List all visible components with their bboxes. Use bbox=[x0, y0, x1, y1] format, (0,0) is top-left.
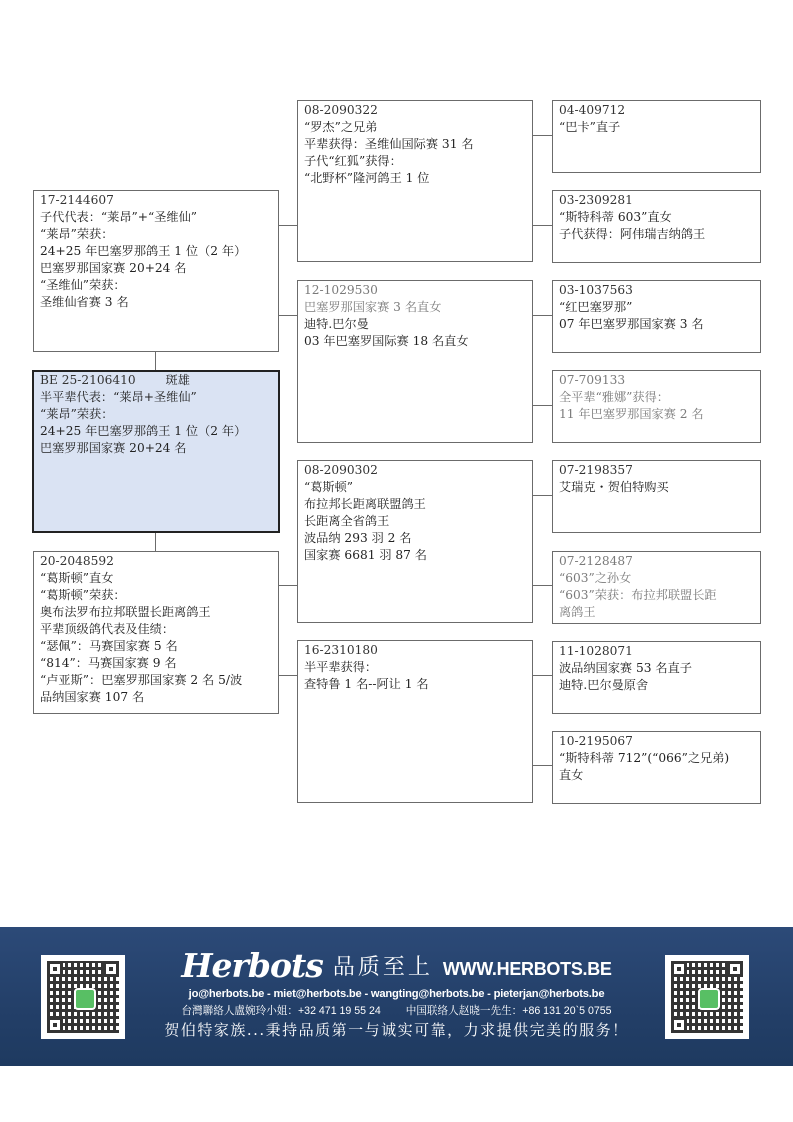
card-line: “814”：马赛国家赛 9 名 bbox=[40, 655, 272, 672]
card-line: 查特鲁 1 名--阿让 1 名 bbox=[304, 676, 526, 693]
connector-gen3 bbox=[532, 315, 553, 316]
wechat-qr-code[interactable] bbox=[665, 955, 749, 1039]
connector-gen3 bbox=[532, 225, 553, 226]
qr-finder-icon bbox=[671, 1017, 687, 1033]
card-line: 子代代表：“莱昂”+“圣维仙” bbox=[40, 209, 272, 226]
dam-dam-card: 16-2310180 半平辈获得： 查特鲁 1 名--阿让 1 名 bbox=[297, 640, 533, 803]
ancestor-card: 07-709133 全平辈“雅娜”获得： 11 年巴塞罗那国家赛 2 名 bbox=[552, 370, 761, 443]
brand-row: Herbots 品质至上 WWW.HERBOTS.BE bbox=[140, 947, 653, 983]
sex-label: 斑雄 bbox=[166, 373, 190, 387]
sire-dam-card: 12-1029530 巴塞罗那国家赛 3 名直女 迪特.巴尔曼 03 年巴塞罗国… bbox=[297, 280, 533, 443]
card-line: 迪特.巴尔曼 bbox=[304, 316, 526, 333]
connector-gen3 bbox=[532, 585, 553, 586]
ring-number: 07-709133 bbox=[559, 372, 754, 389]
connector-gen3 bbox=[532, 405, 553, 406]
ancestor-card: 07-2198357 艾瑞克・贺伯特购买 bbox=[552, 460, 761, 533]
card-line: 波品纳 293 羽 2 名 bbox=[304, 530, 526, 547]
card-line: 24+25 年巴塞罗那鸽王 1 位（2 年） bbox=[40, 243, 272, 260]
card-line: 艾瑞克・贺伯特购买 bbox=[559, 479, 754, 496]
ancestor-card: 03-2309281 “斯特科蒂 603”直女 子代获得：阿伟瑞吉纳鸽王 bbox=[552, 190, 761, 263]
connector-dam-gen2 bbox=[278, 675, 298, 676]
card-line: 子代获得：阿伟瑞吉纳鸽王 bbox=[559, 226, 754, 243]
ancestor-card: 07-2128487 “603”之孙女 “603”荣获：布拉邦联盟长距 离鸽王 bbox=[552, 551, 761, 624]
card-line: 圣维仙省赛 3 名 bbox=[40, 294, 272, 311]
card-line: 巴塞罗那国家赛 20+24 名 bbox=[40, 440, 272, 457]
card-line: 半平辈获得： bbox=[304, 659, 526, 676]
card-line: 全平辈“雅娜”获得： bbox=[559, 389, 754, 406]
qr-finder-icon bbox=[47, 1017, 63, 1033]
connector-sire-gen2 bbox=[278, 315, 298, 316]
subject-header: BE 25-2106410 斑雄 bbox=[40, 372, 272, 389]
connector-sire-gen2 bbox=[278, 225, 298, 226]
card-line: “巴卡”直子 bbox=[559, 119, 754, 136]
connector-gen3 bbox=[532, 675, 553, 676]
connector-gen3 bbox=[532, 765, 553, 766]
card-line: “红巴塞罗那” bbox=[559, 299, 754, 316]
card-line: 07 年巴塞罗那国家赛 3 名 bbox=[559, 316, 754, 333]
card-line: 迪特.巴尔曼原舍 bbox=[559, 677, 754, 694]
company-motto: 贺伯特家族...秉持品质第一与诚实可靠，力求提供完美的服务！ bbox=[140, 1020, 653, 1041]
card-line: 布拉邦长距离联盟鸽王 bbox=[304, 496, 526, 513]
qr-finder-icon bbox=[103, 961, 119, 977]
qr-finder-icon bbox=[727, 961, 743, 977]
card-line: “卢亚斯”：巴塞罗那国家赛 2 名 5/波 bbox=[40, 672, 272, 689]
card-line: 品纳国家赛 107 名 bbox=[40, 689, 272, 706]
ring-number: 16-2310180 bbox=[304, 642, 526, 659]
ring-number: 07-2198357 bbox=[559, 462, 754, 479]
card-line: “603”荣获：布拉邦联盟长距 bbox=[559, 587, 754, 604]
connector-gen3 bbox=[532, 495, 553, 496]
subject-card: BE 25-2106410 斑雄 半平辈代表：“莱昂+圣维仙” “莱昂”荣获： … bbox=[32, 370, 280, 533]
ring-number: 10-2195067 bbox=[559, 733, 754, 750]
card-line: “莱昂”荣获： bbox=[40, 406, 272, 423]
ring-number: 20-2048592 bbox=[40, 553, 272, 570]
card-line: “葛斯顿”荣获： bbox=[40, 587, 272, 604]
card-line: “603”之孙女 bbox=[559, 570, 754, 587]
card-line: 24+25 年巴塞罗那鸽王 1 位（2 年） bbox=[40, 423, 272, 440]
card-line: 长距离全省鸽王 bbox=[304, 513, 526, 530]
contact-taiwan: 台灣聯絡人盧婉玲小姐：+32 471 19 55 24 bbox=[181, 1005, 380, 1017]
card-line: “葛斯顿”直女 bbox=[40, 570, 272, 587]
card-line: 子代“红狐”获得： bbox=[304, 153, 526, 170]
line-app-icon bbox=[74, 988, 96, 1010]
line-qr-code[interactable] bbox=[41, 955, 125, 1039]
card-line: 奥布法罗布拉邦联盟长距离鸽王 bbox=[40, 604, 272, 621]
qr-finder-icon bbox=[671, 961, 687, 977]
ring-number: 11-1028071 bbox=[559, 643, 754, 660]
card-line: 巴塞罗那国家赛 20+24 名 bbox=[40, 260, 272, 277]
ring-number: 07-2128487 bbox=[559, 553, 754, 570]
qr-pattern-icon bbox=[671, 961, 743, 1033]
contact-china: 中国联络人赵晓一先生：+86 131 20`5 0755 bbox=[406, 1005, 612, 1017]
ring-number: 17-2144607 bbox=[40, 192, 272, 209]
ring-number: 03-1037563 bbox=[559, 282, 754, 299]
card-line: 国家赛 6681 羽 87 名 bbox=[304, 547, 526, 564]
ring-number: 03-2309281 bbox=[559, 192, 754, 209]
ring-number: 08-2090322 bbox=[304, 102, 526, 119]
connector-gen3 bbox=[532, 135, 553, 136]
card-line: “莱昂”荣获： bbox=[40, 226, 272, 243]
card-line: “圣维仙”荣获： bbox=[40, 277, 272, 294]
card-line: 平辈顶级鸽代表及佳绩： bbox=[40, 621, 272, 638]
qr-finder-icon bbox=[47, 961, 63, 977]
card-line: “罗杰”之兄弟 bbox=[304, 119, 526, 136]
dam-sire-card: 08-2090302 “葛斯顿” 布拉邦长距离联盟鸽王 长距离全省鸽王 波品纳 … bbox=[297, 460, 533, 623]
card-line: 11 年巴塞罗那国家赛 2 名 bbox=[559, 406, 754, 423]
footer-contact-block: Herbots 品质至上 WWW.HERBOTS.BE jo@herbots.b… bbox=[140, 947, 653, 1041]
card-line: 半平辈代表：“莱昂+圣维仙” bbox=[40, 389, 272, 406]
card-line: 03 年巴塞罗国际赛 18 名直女 bbox=[304, 333, 526, 350]
ancestor-card: 04-409712 “巴卡”直子 bbox=[552, 100, 761, 173]
card-line: “葛斯顿” bbox=[304, 479, 526, 496]
card-line: 离鸽王 bbox=[559, 604, 754, 621]
wechat-app-icon bbox=[698, 988, 720, 1010]
card-line: 巴塞罗那国家赛 3 名直女 bbox=[304, 299, 526, 316]
herbots-logo: Herbots bbox=[181, 949, 322, 983]
card-line: “北野杯”隆河鸽王 1 位 bbox=[304, 170, 526, 187]
card-line: “斯特科蒂 603”直女 bbox=[559, 209, 754, 226]
qr-pattern-icon bbox=[47, 961, 119, 1033]
phone-contacts: 台灣聯絡人盧婉玲小姐：+32 471 19 55 24 中国联络人赵晓一先生：+… bbox=[140, 1004, 653, 1019]
ring-number: BE 25-2106410 bbox=[40, 373, 136, 387]
email-list[interactable]: jo@herbots.be - miet@herbots.be - wangti… bbox=[140, 986, 653, 1002]
sire-card: 17-2144607 子代代表：“莱昂”+“圣维仙” “莱昂”荣获： 24+25… bbox=[33, 190, 279, 352]
card-line: “斯特科蒂 712”(“066”之兄弟) bbox=[559, 750, 754, 767]
connector-subject-dam bbox=[155, 532, 156, 551]
card-line: 波品纳国家赛 53 名直子 bbox=[559, 660, 754, 677]
ring-number: 04-409712 bbox=[559, 102, 754, 119]
footer-banner: Herbots 品质至上 WWW.HERBOTS.BE jo@herbots.b… bbox=[0, 927, 793, 1066]
dam-card: 20-2048592 “葛斯顿”直女 “葛斯顿”荣获： 奥布法罗布拉邦联盟长距离… bbox=[33, 551, 279, 714]
card-line: 直女 bbox=[559, 767, 754, 784]
sire-sire-card: 08-2090322 “罗杰”之兄弟 平辈获得：圣维仙国际赛 31 名 子代“红… bbox=[297, 100, 533, 262]
card-line: 平辈获得：圣维仙国际赛 31 名 bbox=[304, 136, 526, 153]
card-line: “瑟佩”：马赛国家赛 5 名 bbox=[40, 638, 272, 655]
connector-sire-subject bbox=[155, 351, 156, 370]
ancestor-card: 03-1037563 “红巴塞罗那” 07 年巴塞罗那国家赛 3 名 bbox=[552, 280, 761, 353]
connector-dam-gen2 bbox=[278, 585, 298, 586]
ancestor-card: 11-1028071 波品纳国家赛 53 名直子 迪特.巴尔曼原舍 bbox=[552, 641, 761, 714]
website-link[interactable]: WWW.HERBOTS.BE bbox=[443, 955, 612, 983]
ring-number: 12-1029530 bbox=[304, 282, 526, 299]
ancestor-card: 10-2195067 “斯特科蒂 712”(“066”之兄弟) 直女 bbox=[552, 731, 761, 804]
ring-number: 08-2090302 bbox=[304, 462, 526, 479]
brand-slogan: 品质至上 bbox=[333, 953, 433, 983]
